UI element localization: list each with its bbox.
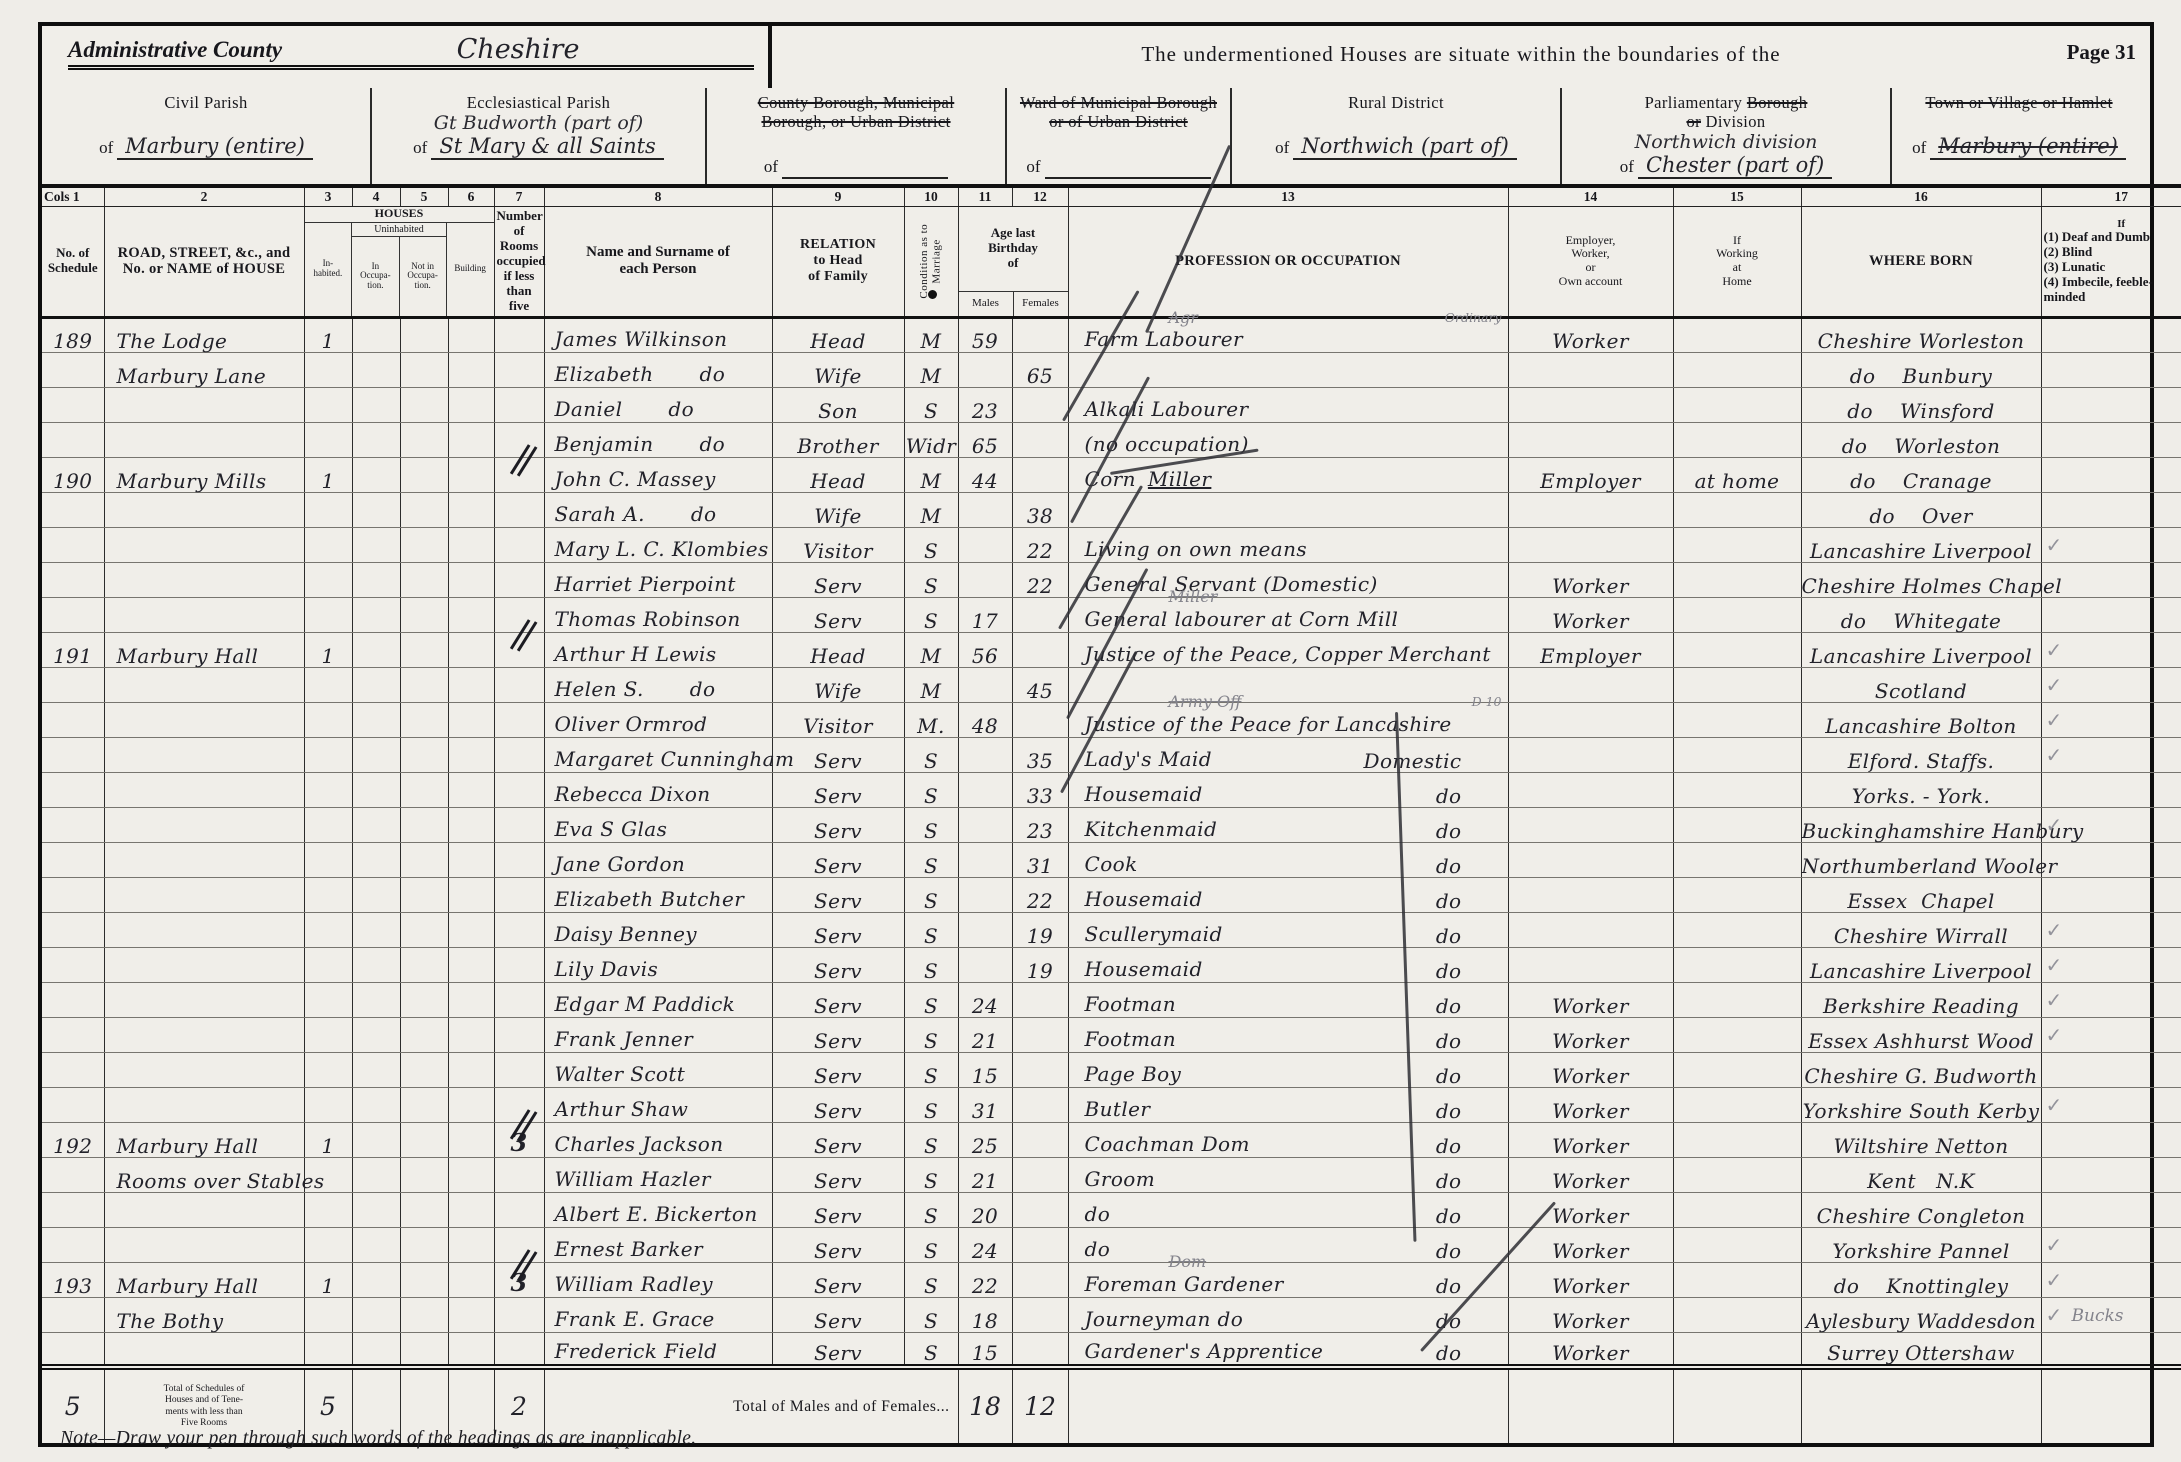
age-male — [958, 772, 1012, 807]
employer-worker-status: Worker — [1508, 1297, 1673, 1332]
district-handwritten-pre — [1007, 133, 1230, 153]
age-female — [1012, 1052, 1068, 1087]
working-at-home — [1673, 1332, 1801, 1367]
uninhabited-in-occupation-cell — [352, 807, 400, 842]
person-name: Sarah A. — [555, 502, 645, 526]
uninhabited-not-occupation-cell — [400, 842, 448, 877]
working-at-home — [1673, 737, 1801, 772]
uninhabited-not-occupation-cell — [400, 982, 448, 1017]
person-name-cell: Eva S Glas — [544, 807, 772, 842]
person-name-cell: William Radley — [544, 1262, 772, 1297]
person-name: Mary L. C. Klombies — [555, 537, 769, 561]
uninhabited-in-occupation-cell — [352, 457, 400, 492]
relation-to-head: Wife — [772, 352, 904, 387]
district-title: Town or Village or Hamlet — [1892, 94, 2146, 113]
working-at-home — [1673, 562, 1801, 597]
district-title-segment: Town or Village or Hamlet — [1925, 93, 2112, 112]
occupation: do — [1085, 1202, 1111, 1226]
colnum-17: 17 — [2041, 186, 2181, 207]
infirmity-cell: ✓ — [2041, 1332, 2181, 1367]
age-female: 22 — [1012, 877, 1068, 912]
person-name-cell: Frank Jenner — [544, 1017, 772, 1052]
relation-to-head: Brother — [772, 422, 904, 457]
where-born: Surrey Ottershaw — [1801, 1332, 2041, 1367]
relation-to-head: Head — [772, 632, 904, 667]
uninhabited-in-occupation-cell — [352, 877, 400, 912]
infirmity-cell: ✓ — [2041, 387, 2181, 422]
colnum-1: Cols 1 — [42, 186, 104, 207]
uninhabited-in-occupation-cell — [352, 562, 400, 597]
colnum-13: 13 — [1068, 186, 1508, 207]
occupation-ditto: do — [1436, 821, 1462, 841]
person-name: Frank E. Grace — [555, 1307, 715, 1331]
uninhabited-not-occupation-cell — [400, 527, 448, 562]
person-name: Helen S. — [555, 677, 644, 701]
top-header-band: Administrative County Cheshire The under… — [42, 26, 2150, 88]
infirmity-cell: ✓ — [2041, 457, 2181, 492]
table-row: Daisy Benney Serv S 19 Scullerymaid do C… — [42, 912, 2181, 947]
age-female — [1012, 422, 1068, 457]
totals-empty-cell — [1801, 1367, 2041, 1443]
employer-worker-status: Worker — [1508, 1332, 1673, 1367]
age-female — [1012, 1157, 1068, 1192]
person-name-ditto: do — [700, 362, 726, 386]
header-profession: PROFESSION OR OCCUPATION — [1068, 207, 1508, 318]
table-row: Frederick Field Serv S 15 Gardener's App… — [42, 1332, 2181, 1367]
house-name — [104, 702, 304, 737]
marriage-condition: S — [904, 947, 958, 982]
infirmity-cell: ✓ Bucks — [2041, 1297, 2181, 1332]
header-condition-text: Condition as to Marriage — [918, 207, 943, 316]
header-age-group: Age last Birthday of Males Females — [958, 207, 1068, 318]
occupation-ditto: do — [1436, 1206, 1462, 1226]
relation-to-head: Serv — [772, 597, 904, 632]
occupation: Living on own means — [1085, 537, 1308, 561]
building-cell — [448, 597, 494, 632]
relation-to-head: Serv — [772, 1227, 904, 1262]
age-female: 65 — [1012, 352, 1068, 387]
building-cell — [448, 492, 494, 527]
employer-worker-status: Worker — [1508, 1017, 1673, 1052]
rooms-cell — [494, 492, 544, 527]
occupation-ditto: do — [1436, 1241, 1462, 1261]
age-male: 22 — [958, 1262, 1012, 1297]
building-cell — [448, 1122, 494, 1157]
building-cell — [448, 1052, 494, 1087]
person-name: Arthur H Lewis — [555, 642, 717, 666]
schedule-number — [42, 877, 104, 912]
working-at-home — [1673, 1227, 1801, 1262]
infirmity-cell: ✓ — [2041, 422, 2181, 457]
uninhabited-not-occupation-cell — [400, 667, 448, 702]
house-name: Marbury Hall — [104, 632, 304, 667]
marriage-condition: S — [904, 1192, 958, 1227]
table-row: Harriet Pierpoint Serv S 22 General Serv… — [42, 562, 2181, 597]
district-handwritten-line: of — [707, 154, 1005, 179]
infirmity-cell: ✓ — [2041, 947, 2181, 982]
occupation: Scullerymaid — [1085, 922, 1223, 946]
table-row: Elizabeth Butcher Serv S 22 Housemaid do… — [42, 877, 2181, 912]
occupation-cell: Scullerymaid do — [1068, 912, 1508, 947]
where-born: do Bunbury — [1801, 352, 2041, 387]
house-name: The Lodge — [104, 317, 304, 352]
building-cell — [448, 982, 494, 1017]
schedule-number — [42, 842, 104, 877]
uninhabited-in-occupation-cell — [352, 702, 400, 737]
page-number: Page 31 — [2067, 40, 2136, 65]
rooms-cell — [494, 982, 544, 1017]
person-name-cell: Daisy Benney — [544, 912, 772, 947]
schedule-number — [42, 352, 104, 387]
infirmity-cell: ✓ — [2041, 737, 2181, 772]
infirmity-cell: ✓ — [2041, 877, 2181, 912]
where-born: do Winsford — [1801, 387, 2041, 422]
rooms-cell — [494, 562, 544, 597]
rooms-cell — [494, 317, 544, 352]
uninhabited-in-occupation-cell — [352, 1332, 400, 1367]
person-name-cell: Sarah A. do — [544, 492, 772, 527]
inhabited-mark — [304, 807, 352, 842]
district-area-cell: Town or Village or Hamlet ofMarbury (ent… — [1892, 88, 2146, 184]
employer-worker-status — [1508, 667, 1673, 702]
working-at-home — [1673, 352, 1801, 387]
working-at-home — [1673, 667, 1801, 702]
schedule-number — [42, 1332, 104, 1367]
table-row: 191 Marbury Hall 1 Arthur H Lewis Head M… — [42, 632, 2181, 667]
working-at-home — [1673, 1157, 1801, 1192]
rooms-cell — [494, 1052, 544, 1087]
inhabited-mark — [304, 527, 352, 562]
rooms-cell — [494, 1087, 544, 1122]
occupation: Footman — [1085, 1027, 1176, 1051]
schedule-number: 192 — [42, 1122, 104, 1157]
employer-worker-status — [1508, 702, 1673, 737]
person-name: Arthur Shaw — [555, 1097, 689, 1121]
schedule-number — [42, 702, 104, 737]
working-at-home — [1673, 842, 1801, 877]
person-name: Lily Davis — [555, 957, 659, 981]
uninhabited-in-occupation-cell — [352, 1017, 400, 1052]
rooms-cell — [494, 772, 544, 807]
schedule-number — [42, 562, 104, 597]
house-name — [104, 912, 304, 947]
table-row: Frank Jenner Serv S 21 Footman do Worker… — [42, 1017, 2181, 1052]
building-cell — [448, 352, 494, 387]
district-handwritten-line: ofChester (part of) — [1562, 154, 1890, 179]
age-male — [958, 527, 1012, 562]
schedule-number — [42, 807, 104, 842]
district-title-segment: County Borough, Municipal — [758, 93, 955, 112]
table-row: Oliver Ormrod Visitor M. 48 Army Off Jus… — [42, 702, 2181, 737]
district-handwritten-pre — [1892, 114, 2146, 134]
district-title-segment: Parliamentary — [1645, 93, 1747, 112]
where-born: Yorkshire South Kerby — [1801, 1087, 2041, 1122]
person-name-cell: Oliver Ormrod — [544, 702, 772, 737]
building-cell — [448, 947, 494, 982]
working-at-home — [1673, 807, 1801, 842]
occupation: Justice of the Peace, Copper Merchant — [1085, 642, 1491, 666]
occupation-ditto: do — [1436, 856, 1462, 876]
rooms-cell — [494, 702, 544, 737]
schedule-number — [42, 1192, 104, 1227]
header-working-at-home: If Working at Home — [1673, 207, 1801, 318]
uninhabited-in-occupation-cell — [352, 1087, 400, 1122]
inhabited-mark — [304, 1332, 352, 1367]
occupation-ditto: do — [1436, 1171, 1462, 1191]
rooms-cell: 3 — [494, 1262, 544, 1297]
pencil-checkmark: ✓ — [2046, 1093, 2063, 1118]
uninhabited-in-occupation-cell — [352, 912, 400, 947]
district-handwritten-line: of — [1007, 154, 1230, 179]
relation-to-head: Serv — [772, 1017, 904, 1052]
infirmity-cell: ✓ — [2041, 1052, 2181, 1087]
building-cell — [448, 1087, 494, 1122]
district-handwritten-line: ofNorthwich (part of) — [1232, 135, 1560, 160]
uninhabited-not-occupation-cell — [400, 457, 448, 492]
employer-worker-status — [1508, 877, 1673, 912]
person-name-cell: Benjamin do — [544, 422, 772, 457]
person-name-cell: John C. Massey — [544, 457, 772, 492]
rooms-cell — [494, 1332, 544, 1367]
building-cell — [448, 387, 494, 422]
age-male: 21 — [958, 1017, 1012, 1052]
working-at-home — [1673, 387, 1801, 422]
person-name-cell: Ernest Barker — [544, 1227, 772, 1262]
uninhabited-in-occupation-cell — [352, 667, 400, 702]
occupation: Alkali Labourer — [1085, 397, 1249, 421]
uninhabited-not-occupation-cell — [400, 352, 448, 387]
working-at-home — [1673, 317, 1801, 352]
age-male — [958, 947, 1012, 982]
inhabited-mark — [304, 597, 352, 632]
age-male — [958, 807, 1012, 842]
table-row: Rebecca Dixon Serv S 33 Housemaid do Yor… — [42, 772, 2181, 807]
occupation-cell: Living on own means — [1068, 527, 1508, 562]
pencil-checkmark: ✓ — [2046, 1268, 2063, 1293]
occupation-cell: Miller General labourer at Corn Mill — [1068, 597, 1508, 632]
occupation-ditto: Domestic — [1364, 751, 1462, 771]
table-row: Marbury Lane Elizabeth do Wife M 65 — [42, 352, 2181, 387]
header-infirmity-list: (1) Deaf and Dumb (2) Blind (3) Lunatic … — [2044, 230, 2181, 305]
marriage-condition: S — [904, 877, 958, 912]
age-female: 35 — [1012, 737, 1068, 772]
age-male — [958, 667, 1012, 702]
occupation-cell: Coachman Dom do — [1068, 1122, 1508, 1157]
rooms-cell — [494, 1227, 544, 1262]
rooms-cell — [494, 912, 544, 947]
marriage-condition: S — [904, 912, 958, 947]
district-handwritten-pre — [42, 114, 370, 134]
house-name — [104, 877, 304, 912]
occupation: Lady's Maid — [1085, 747, 1212, 771]
district-handwritten-pre: Northwich division — [1562, 133, 1890, 153]
occupation-cell: Army Off Justice of the Peace for Lancas… — [1068, 702, 1508, 737]
age-male — [958, 877, 1012, 912]
occupation-ditto: do — [1436, 1101, 1462, 1121]
employer-worker-status: Worker — [1508, 1157, 1673, 1192]
district-area-cell: Ward of Municipal Boroughor of Urban Dis… — [1007, 88, 1232, 184]
of-label: of — [1912, 138, 1926, 157]
person-name: Thomas Robinson — [555, 607, 741, 631]
marriage-condition: M — [904, 492, 958, 527]
district-title: Parliamentary Boroughor Division — [1562, 94, 1890, 132]
district-handwritten-value: Marbury (entire) — [1930, 135, 2126, 160]
colnum-2: 2 — [104, 186, 304, 207]
house-name: Marbury Lane — [104, 352, 304, 387]
schedule-number — [42, 527, 104, 562]
occupation-cell: Housemaid do — [1068, 877, 1508, 912]
building-cell — [448, 527, 494, 562]
header-uninhabited: Uninhabited — [352, 223, 446, 238]
occupation: Housemaid — [1085, 887, 1203, 911]
schedule-number — [42, 737, 104, 772]
marriage-condition: S — [904, 807, 958, 842]
table-row: Albert E. Bickerton Serv S 20 do do Work… — [42, 1192, 2181, 1227]
uninhabited-not-occupation-cell — [400, 1192, 448, 1227]
header-condition: Condition as to Marriage — [904, 207, 958, 318]
age-male: 65 — [958, 422, 1012, 457]
occupation-cell: Page Boy do — [1068, 1052, 1508, 1087]
house-name — [104, 737, 304, 772]
occupation-ditto: do — [1436, 926, 1462, 946]
inhabited-mark: 1 — [304, 317, 352, 352]
occupation: Kitchenmaid — [1085, 817, 1218, 841]
where-born: Cheshire Wirrall — [1801, 912, 2041, 947]
age-male: 31 — [958, 1087, 1012, 1122]
colnum-4: 4 — [352, 186, 400, 207]
working-at-home — [1673, 1017, 1801, 1052]
building-cell — [448, 772, 494, 807]
where-born: Cheshire G. Budworth — [1801, 1052, 2041, 1087]
table-row: Helen S. do Wife M 45 Scotland — [42, 667, 2181, 702]
district-title-segment: Borough — [1747, 93, 1808, 112]
header-not-in-occupation: Not in Occupa- tion. — [400, 237, 446, 315]
inhabited-mark — [304, 702, 352, 737]
age-male: 23 — [958, 387, 1012, 422]
occupation-ditto: do — [1436, 786, 1462, 806]
district-handwritten-pre: Gt Budworth (part of) — [372, 114, 705, 134]
occupation: Cook — [1085, 852, 1138, 876]
table-row: 193 Marbury Hall 1 3 William Radley Serv… — [42, 1262, 2181, 1297]
where-born: do Cranage — [1801, 457, 2041, 492]
of-label: of — [1026, 157, 1040, 176]
uninhabited-in-occupation-cell — [352, 737, 400, 772]
house-name — [104, 1087, 304, 1122]
building-cell — [448, 1262, 494, 1297]
person-name-cell: Thomas Robinson — [544, 597, 772, 632]
rooms-cell — [494, 422, 544, 457]
marriage-condition: S — [904, 597, 958, 632]
house-name — [104, 422, 304, 457]
inhabited-mark: 1 — [304, 1122, 352, 1157]
district-handwritten-pre — [707, 133, 1005, 153]
schedule-number: 189 — [42, 317, 104, 352]
rooms-cell — [494, 737, 544, 772]
rooms-cell — [494, 1157, 544, 1192]
uninhabited-in-occupation-cell — [352, 597, 400, 632]
house-name — [104, 982, 304, 1017]
relation-to-head: Head — [772, 457, 904, 492]
rooms-cell — [494, 597, 544, 632]
district-handwritten-value — [1045, 154, 1211, 179]
occupation-cell: Journeyman do do — [1068, 1297, 1508, 1332]
district-handwritten-pre — [1232, 114, 1560, 134]
inhabited-mark — [304, 877, 352, 912]
header-rooms: Number of Rooms occupied if less than fi… — [494, 207, 544, 318]
marriage-condition: M — [904, 457, 958, 492]
rooms-count: 3 — [510, 1268, 527, 1297]
schedule-number: 191 — [42, 632, 104, 667]
occupation: Page Boy — [1085, 1062, 1182, 1086]
marriage-condition: S — [904, 527, 958, 562]
inhabited-mark: 1 — [304, 632, 352, 667]
colnum-12: 12 — [1012, 186, 1068, 207]
uninhabited-in-occupation-cell — [352, 1122, 400, 1157]
pencil-annotation-above: Army Off — [1169, 692, 1242, 711]
age-female — [1012, 1227, 1068, 1262]
occupation-cell: Justice of the Peace, Copper Merchant — [1068, 632, 1508, 667]
schedule-number — [42, 597, 104, 632]
occupation-cell: Kitchenmaid do — [1068, 807, 1508, 842]
age-female — [1012, 632, 1068, 667]
age-male: 59 — [958, 317, 1012, 352]
age-female — [1012, 1122, 1068, 1157]
employer-worker-status: Worker — [1508, 1052, 1673, 1087]
table-row: Walter Scott Serv S 15 Page Boy do Worke… — [42, 1052, 2181, 1087]
district-handwritten-value: Chester (part of) — [1638, 154, 1832, 179]
uninhabited-not-occupation-cell — [400, 422, 448, 457]
occupation-cell — [1068, 492, 1508, 527]
inhabited-mark — [304, 387, 352, 422]
table-row: Eva S Glas Serv S 23 Kitchenmaid do Buck… — [42, 807, 2181, 842]
table-row: 192 Marbury Hall 1 3 Charles Jackson Ser… — [42, 1122, 2181, 1157]
relation-to-head: Head — [772, 317, 904, 352]
uninhabited-in-occupation-cell — [352, 317, 400, 352]
totals-empty-cell — [1673, 1367, 1801, 1443]
working-at-home — [1673, 1122, 1801, 1157]
district-area-cell: Civil Parish ofMarbury (entire) — [42, 88, 372, 184]
header-employer-worker: Employer, Worker, or Own account — [1508, 207, 1673, 318]
occupation: Corn — [1085, 467, 1136, 491]
where-born: Scotland — [1801, 667, 2041, 702]
inhabited-mark — [304, 737, 352, 772]
table-row: Edgar M Paddick Serv S 24 Footman do Wor… — [42, 982, 2181, 1017]
occupation-cell: Corn Miller — [1068, 457, 1508, 492]
colnum-14: 14 — [1508, 186, 1673, 207]
district-title: Ecclesiastical Parish — [372, 94, 705, 113]
age-female — [1012, 1192, 1068, 1227]
relation-to-head: Serv — [772, 877, 904, 912]
house-name — [104, 947, 304, 982]
house-name — [104, 387, 304, 422]
where-born: do Whitegate — [1801, 597, 2041, 632]
age-male: 21 — [958, 1157, 1012, 1192]
inhabited-mark — [304, 492, 352, 527]
occupation-ditto: do — [1436, 1136, 1462, 1156]
rooms-cell — [494, 457, 544, 492]
marriage-condition: S — [904, 387, 958, 422]
person-name-cell: Frank E. Grace — [544, 1297, 772, 1332]
working-at-home — [1673, 492, 1801, 527]
building-cell — [448, 842, 494, 877]
relation-to-head: Serv — [772, 807, 904, 842]
age-male — [958, 492, 1012, 527]
infirmity-cell: ✓ — [2041, 912, 2181, 947]
marriage-condition: S — [904, 1122, 958, 1157]
pencil-annotation-above: Miller — [1169, 587, 1218, 606]
building-cell — [448, 912, 494, 947]
house-name: Marbury Hall — [104, 1122, 304, 1157]
